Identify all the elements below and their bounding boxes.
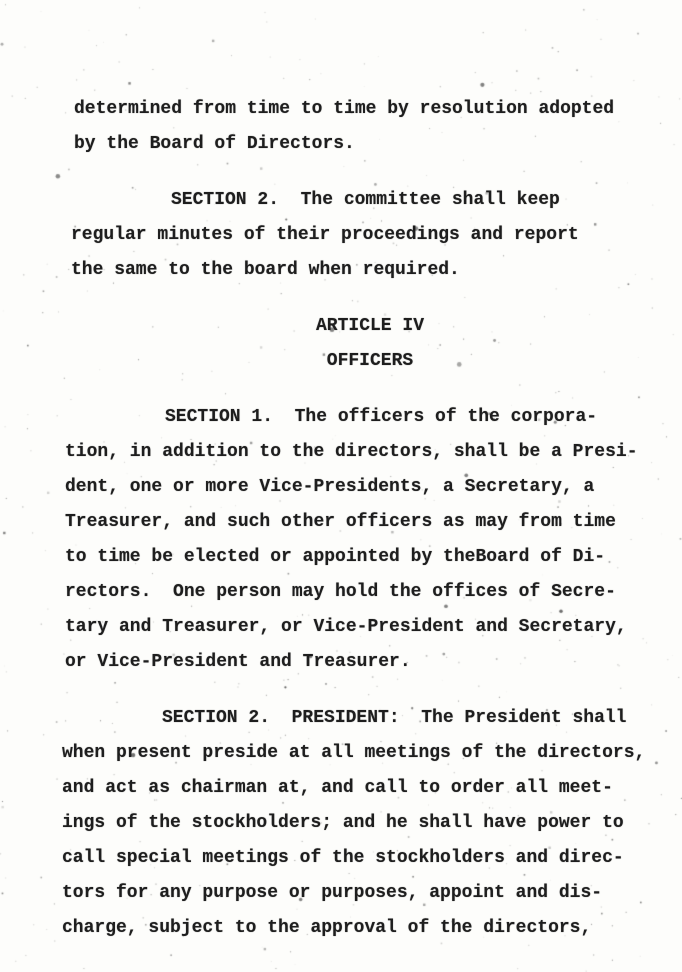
- doc-line: tary and Treasurer, or Vice-President an…: [65, 610, 682, 645]
- doc-line: the same to the board when required.: [71, 253, 682, 288]
- doc-line: when present preside at all meetings of …: [62, 736, 682, 771]
- doc-line: regular minutes of their proceedings and…: [71, 218, 682, 253]
- doc-line: to time be elected or appointed by theBo…: [65, 540, 682, 575]
- section-1-officers-line: SECTION 1. The officers of the corpora-: [65, 400, 682, 435]
- section-2-president-line: SECTION 2. PRESIDENT: The President shal…: [62, 701, 682, 736]
- officers-heading: OFFICERS: [0, 344, 682, 379]
- doc-line: call special meetings of the stockholder…: [62, 841, 682, 876]
- doc-line: determined from time to time by resoluti…: [74, 92, 682, 127]
- doc-line: dent, one or more Vice-Presidents, a Sec…: [65, 470, 682, 505]
- document-page: determined from time to time by resoluti…: [0, 0, 682, 972]
- article-iv-heading: ARTICLE IV: [0, 309, 682, 344]
- doc-line: and act as chairman at, and call to orde…: [62, 771, 682, 806]
- doc-line: tion, in addition to the directors, shal…: [65, 435, 682, 470]
- doc-line: charge, subject to the approval of the d…: [62, 911, 682, 946]
- doc-line: rectors. One person may hold the offices…: [65, 575, 682, 610]
- doc-line: by the Board of Directors.: [74, 127, 682, 162]
- section-2-committee-line: SECTION 2. The committee shall keep: [71, 183, 682, 218]
- doc-line: Treasurer, and such other officers as ma…: [65, 505, 682, 540]
- document-text: determined from time to time by resoluti…: [0, 0, 682, 946]
- doc-line: ings of the stockholders; and he shall h…: [62, 806, 682, 841]
- doc-line: or Vice-President and Treasurer.: [65, 645, 682, 680]
- doc-line: tors for any purpose or purposes, appoin…: [62, 876, 682, 911]
